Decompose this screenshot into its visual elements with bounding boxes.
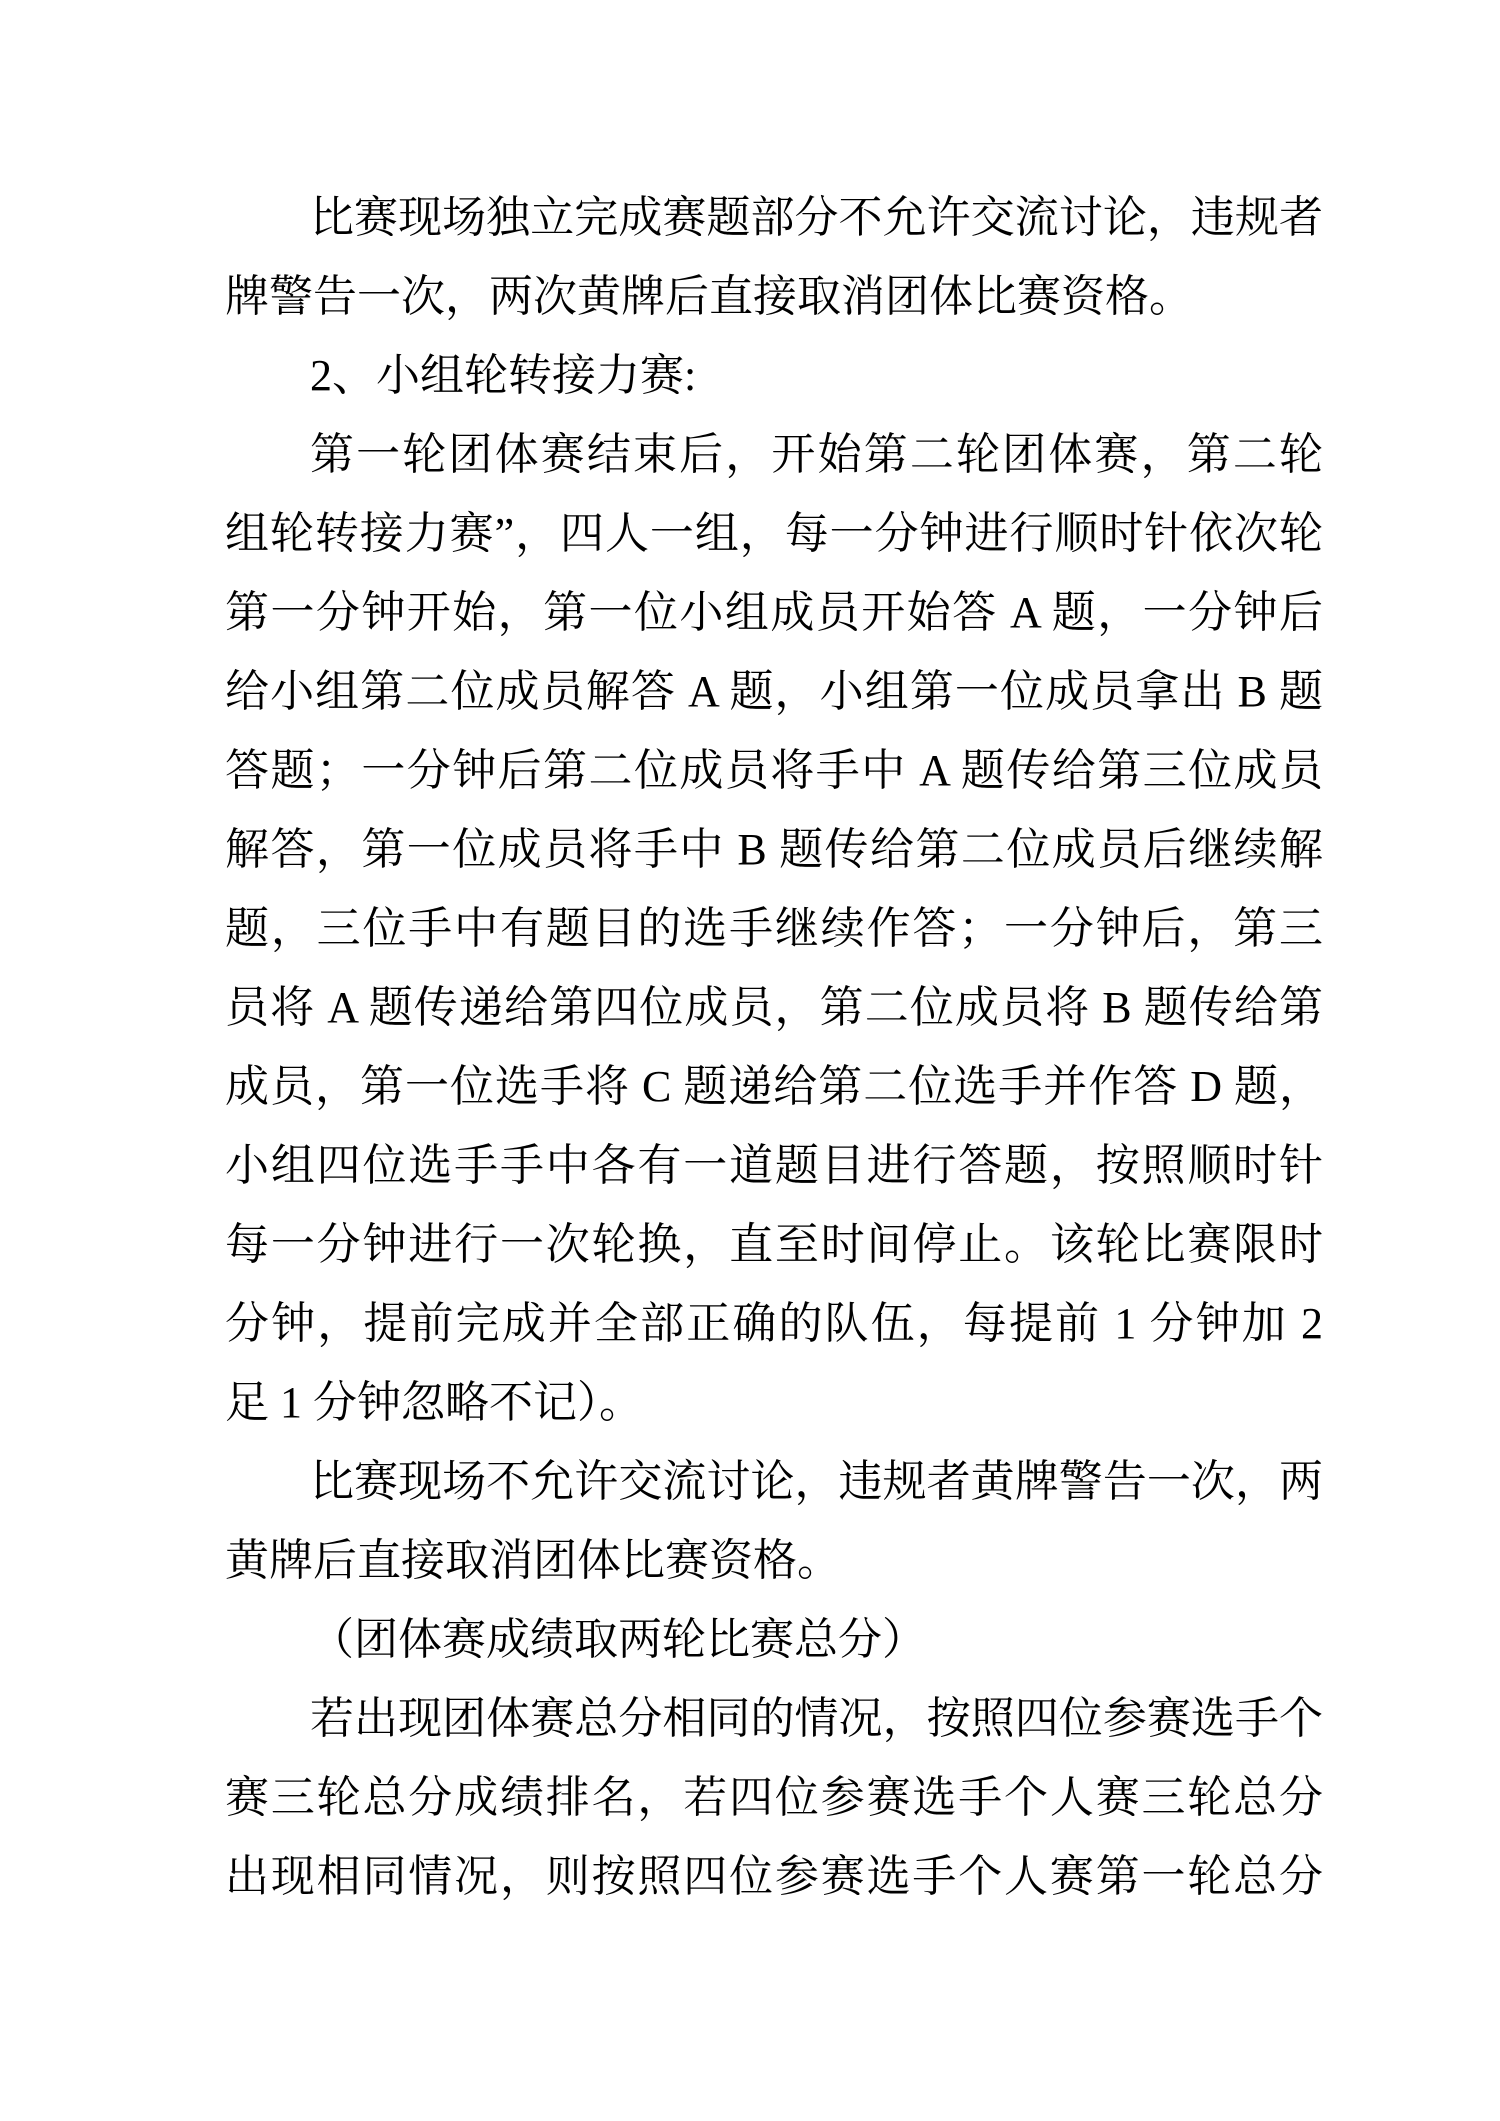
text-line: 牌警告一次，两次黄牌后直接取消团体比赛资格。 [225,257,1323,336]
text-line: 黄牌后直接取消团体比赛资格。 [225,1521,1323,1600]
text-line: 小组四位选手手中各有一道题目进行答题，按照顺时针顺序 [225,1126,1323,1205]
document-page: 比赛现场独立完成赛题部分不允许交流讨论，违规者黄 牌警告一次，两次黄牌后直接取消… [0,0,1500,2121]
text-line: 出现相同情况，则按照四位参赛选手个人赛第一轮总分排名， [225,1837,1323,1916]
text-line: （团体赛成绩取两轮比赛总分） [225,1600,1323,1679]
text-line: 给小组第二位成员解答 A 题，小组第一位成员拿出 B 题继续 [225,652,1323,731]
text-line: 第一轮团体赛结束后，开始第二轮团体赛，第二轮为“小 [225,415,1323,494]
text-line: 2、小组轮转接力赛: [225,336,1323,415]
document-text-block: 比赛现场独立完成赛题部分不允许交流讨论，违规者黄 牌警告一次，两次黄牌后直接取消… [225,178,1323,1916]
text-line: 组轮转接力赛”，四人一组，每一分钟进行顺时针依次轮换。 [225,494,1323,573]
text-line: 题，三位手中有题目的选手继续作答；一分钟后，第三位成 [225,889,1323,968]
text-line: 成员，第一位选手将 C 题递给第二位选手并作答 D 题，这时 [225,1047,1323,1126]
text-line: 足 1 分钟忽略不记）。 [225,1363,1323,1442]
text-line: 答题；一分钟后第二位成员将手中 A 题传给第三位成员进行 [225,731,1323,810]
text-line: 解答，第一位成员将手中 B 题传给第二位成员后继续解答 C [225,810,1323,889]
text-line: 第一分钟开始，第一位小组成员开始答 A 题，一分钟后传递 [225,573,1323,652]
text-line: 赛三轮总分成绩排名，若四位参赛选手个人赛三轮总分依旧 [225,1758,1323,1837]
text-line: 比赛现场独立完成赛题部分不允许交流讨论，违规者黄 [225,178,1323,257]
text-line: 每一分钟进行一次轮换，直至时间停止。该轮比赛限时 10 [225,1205,1323,1284]
text-line: 比赛现场不允许交流讨论，违规者黄牌警告一次，两次 [225,1442,1323,1521]
text-line: 分钟，提前完成并全部正确的队伍，每提前 1 分钟加 2 分（不 [225,1284,1323,1363]
text-line: 若出现团体赛总分相同的情况，按照四位参赛选手个人 [225,1679,1323,1758]
text-line: 员将 A 题传递给第四位成员，第二位成员将 B 题传给第三位 [225,968,1323,1047]
